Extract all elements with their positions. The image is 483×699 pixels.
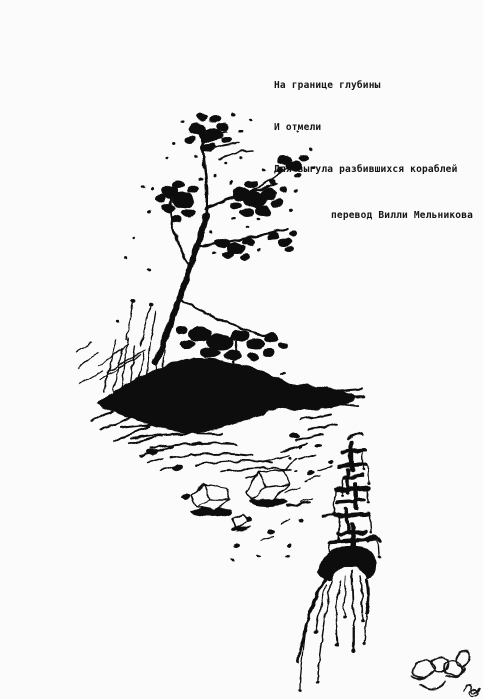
scanned-page: На границе глубины И отмели Для выгула р… xyxy=(0,0,483,699)
tree-canopy xyxy=(124,113,315,362)
ink-illustration xyxy=(0,0,483,699)
shoreline-ink-mass xyxy=(96,358,364,433)
signature-loops xyxy=(411,649,479,696)
glyph-column xyxy=(287,434,381,661)
shipwreck-debris xyxy=(181,460,296,532)
